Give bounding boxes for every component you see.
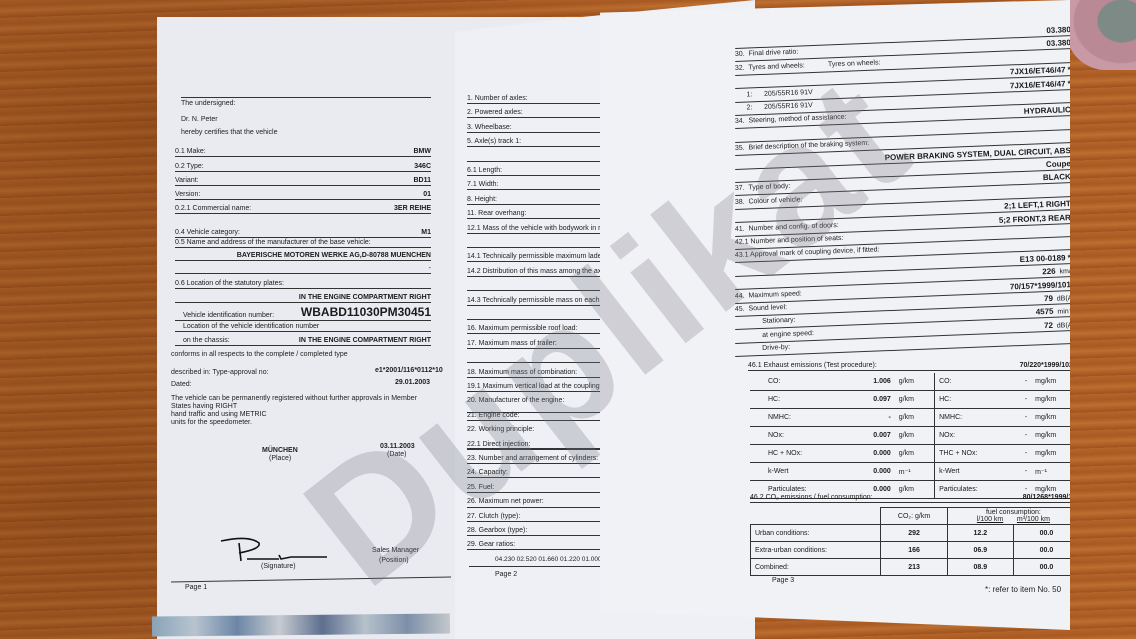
undersigned-label: The undersigned:	[181, 97, 431, 107]
page-3-number: Page 3	[772, 577, 794, 584]
place-value: MÜNCHEN	[262, 447, 298, 454]
certifies-text: hereby certifies that the vehicle	[181, 129, 278, 136]
identity-row: Variant:BD11	[175, 177, 431, 186]
manufacturer-dash-row: -	[175, 265, 431, 274]
conforms-text: conforms in all respects to the complete…	[171, 351, 348, 358]
described-label: described in: Type-approval no:	[171, 369, 269, 376]
background-cloth	[1066, 0, 1136, 70]
identity-row: 0.1 Make:BMW	[175, 148, 431, 157]
date-label: (Date)	[387, 451, 406, 458]
identity-row: Version:01	[175, 191, 431, 200]
exhaust-row: 46.1 Exhaust emissions (Test procedure):…	[748, 362, 1078, 371]
emission-row: HC:0.097g/kmHC:-mg/km	[750, 391, 1080, 409]
manufacturer-label-row: 0.5 Name and address of the manufacturer…	[175, 239, 431, 248]
page-1-divider	[171, 577, 451, 583]
registration-line: States having RIGHT	[171, 403, 417, 411]
vin-row: Vehicle identification number:WBABD11030…	[175, 305, 431, 321]
emission-row: NMHC:-g/kmNMHC:-mg/km	[750, 409, 1080, 427]
emission-row: HC + NOx:0.000g/kmTHC + NOx:-mg/km	[750, 445, 1080, 463]
undersigned-name: Dr. N. Peter	[181, 116, 218, 123]
identity-row: 0.2.1 Commercial name:3ER REIHE	[175, 205, 431, 214]
dated-value: 29.01.2003	[395, 379, 430, 386]
registration-line: hand traffic and using METRIC	[171, 411, 417, 419]
dated-label: Dated:	[171, 381, 192, 388]
manufacturer-value-row: BAYERISCHE MOTOREN WERKE AG,D-80788 MUEN…	[175, 252, 431, 261]
plates-value-row: IN THE ENGINE COMPARTMENT RIGHT	[175, 294, 431, 303]
registration-text: The vehicle can be permanently registere…	[171, 395, 417, 427]
emission-row: CO:1.006g/kmCO:-mg/km	[750, 373, 1080, 391]
registration-line: units for the speedometer.	[171, 419, 417, 427]
co2-table: CO₂: g/km fuel consumption: l/100 km m³/…	[750, 507, 1080, 576]
chassis-row: on the chassis:IN THE ENGINE COMPARTMENT…	[175, 337, 431, 346]
plates-label-row: 0.6 Location of the statutory plates:	[175, 280, 431, 289]
identity-row: 0.2 Type:346C	[175, 163, 431, 172]
registration-line: The vehicle can be permanently registere…	[171, 395, 417, 403]
type-approval-number: e1*2001/116*0112*10	[375, 367, 443, 374]
fuel-header: fuel consumption: l/100 km m³/100 km	[947, 508, 1079, 525]
co2-row: Combined:21308.900.0	[751, 559, 1080, 576]
vin-location-row: Location of the vehicle identification n…	[175, 323, 431, 332]
vin-value: WBABD11030PM30451	[301, 305, 431, 319]
identity-row: 0.4 Vehicle category:M1	[175, 229, 431, 238]
co2-header: CO₂: g/km	[881, 508, 947, 525]
position-label: (Position)	[379, 557, 409, 564]
position-value: Sales Manager	[372, 547, 419, 554]
signature-label: (Signature)	[261, 563, 296, 570]
page-3: 03.380 30. Final drive ratio:03.380 32. …	[600, 0, 1070, 630]
emission-row: k-Wert0.000m⁻¹k-Wert-m⁻¹	[750, 463, 1080, 481]
signature-icon	[219, 535, 329, 563]
hologram-strip	[152, 613, 450, 636]
place-label: (Place)	[269, 455, 291, 462]
date-value: 03.11.2003	[380, 443, 415, 450]
page-2-number: Page 2	[495, 571, 517, 578]
page-1-number: Page 1	[185, 584, 207, 591]
emissions-table: CO:1.006g/kmCO:-mg/kmHC:0.097g/kmHC:-mg/…	[750, 373, 1080, 499]
emission-row: NOx:0.007g/kmNOx:-mg/km	[750, 427, 1080, 445]
co2-row: Extra-urban conditions:16606.900.0	[751, 542, 1080, 559]
page-3-footnote: *: refer to item No. 50	[985, 585, 1061, 594]
co2-row: 46.2 CO₂ emissions / fuel consumption:80…	[750, 494, 1080, 503]
co2-row: Urban conditions:29212.200.0	[751, 525, 1080, 542]
